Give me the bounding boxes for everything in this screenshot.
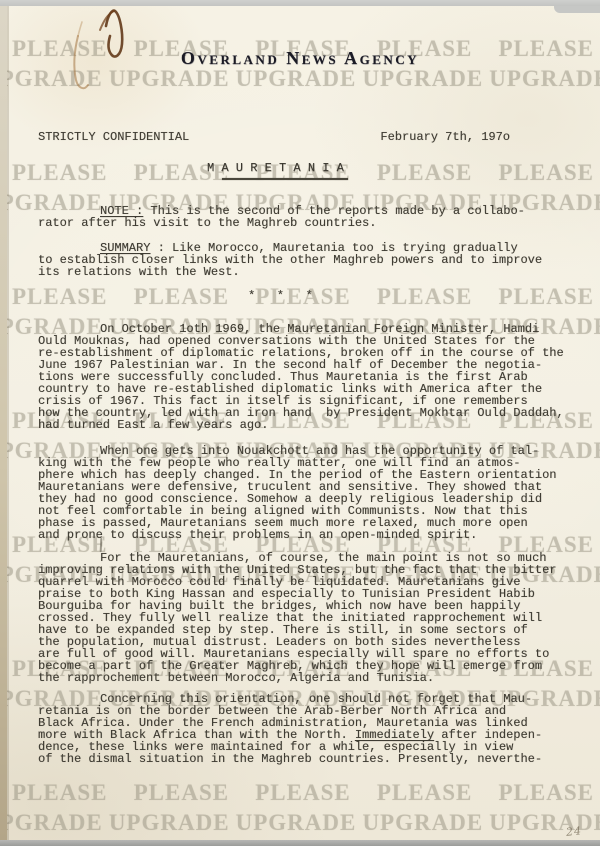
watermark-text: PLEASE — [499, 285, 594, 308]
watermark-text: PLEASE — [499, 781, 594, 804]
section-separator: * * * — [248, 290, 313, 302]
watermark-text: UPGRADE — [0, 67, 103, 90]
classification-label: STRICTLY CONFIDENTIAL — [38, 131, 189, 143]
watermark-text: UPGRADE — [109, 67, 230, 90]
watermark-text: PLEASE — [377, 781, 472, 804]
watermark-text: UPGRADE — [236, 67, 357, 90]
paragraph-4: Concerning this orientation, one should … — [38, 693, 578, 765]
pencil-mark — [100, 538, 103, 552]
watermark-text: UPGRADE — [0, 811, 103, 834]
document-title-text: M A U R E T A N I A — [207, 162, 407, 174]
watermark-text: UPGRADE — [489, 67, 600, 90]
scan-edge-top — [0, 0, 600, 6]
paragraph-1: On October 1oth 1969, the Mauretanian Fo… — [38, 323, 578, 431]
title-underline — [222, 178, 348, 180]
scan-edge-left — [0, 6, 7, 840]
paragraph-2: When one gets into Nouakchott and has th… — [38, 445, 578, 541]
watermark-row: UPGRADEUPGRADEUPGRADEUPGRADEUPGRADE — [0, 811, 600, 834]
meta-row: STRICTLY CONFIDENTIAL February 7th, 197o — [38, 131, 510, 143]
document-title: M A U R E T A N I A — [207, 162, 407, 180]
watermark-text: PLEASE — [12, 285, 107, 308]
page-number-annotation: 24 — [565, 824, 582, 839]
summary-paragraph: SUMMARY : Like Morocco, Mauretania too i… — [38, 242, 578, 278]
watermark-text: PLEASE — [134, 781, 229, 804]
note-paragraph: NOTE : This is the second of the reports… — [38, 205, 578, 229]
agency-title: Overland News Agency — [0, 48, 600, 69]
watermark-text: UPGRADE — [489, 811, 600, 834]
scan-edge-left-line — [7, 6, 9, 840]
date-label: February 7th, 197o — [380, 131, 510, 143]
watermark-row: PLEASEPLEASEPLEASEPLEASEPLEASE — [12, 781, 594, 804]
watermark-text: PLEASE — [377, 285, 472, 308]
watermark-text: PLEASE — [12, 781, 107, 804]
watermark-text: UPGRADE — [362, 811, 483, 834]
scan-edge-bottom — [0, 840, 600, 846]
scan-edge-top-notch — [554, 6, 600, 13]
watermark-text: PLEASE — [499, 161, 594, 184]
watermark-text: UPGRADE — [109, 811, 230, 834]
watermark-text: PLEASE — [255, 781, 350, 804]
watermark-text: UPGRADE — [236, 811, 357, 834]
document-page: PLEASEPLEASEPLEASEPLEASEPLEASEUPGRADEUPG… — [0, 0, 600, 846]
watermark-text: PLEASE — [134, 285, 229, 308]
paragraph-3: For the Mauretanians, of course, the mai… — [38, 552, 578, 684]
watermark-text: PLEASE — [12, 161, 107, 184]
watermark-text: UPGRADE — [362, 67, 483, 90]
watermark-row: UPGRADEUPGRADEUPGRADEUPGRADEUPGRADE — [0, 67, 600, 90]
